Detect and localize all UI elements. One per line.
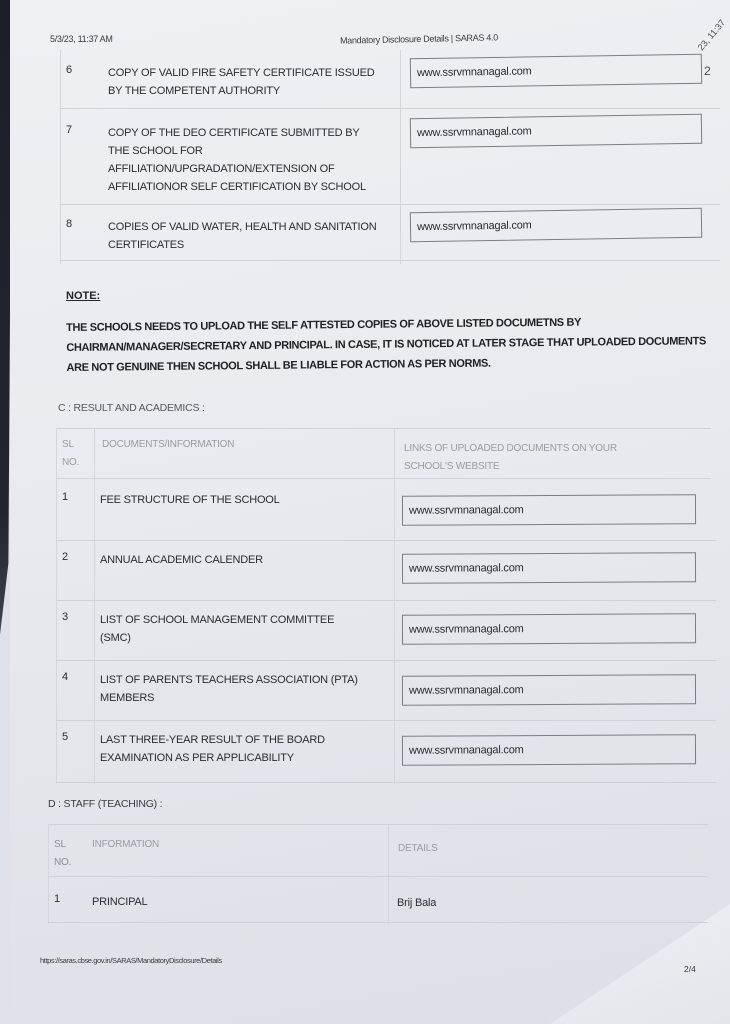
- row-description: COPY OF VALID FIRE SAFETY CERTIFICATE IS…: [108, 64, 374, 100]
- table-c-header-link: LINKS OF UPLOADED DOCUMENTS ON YOURSCHOO…: [404, 440, 617, 476]
- note-title: NOTE:: [66, 290, 100, 302]
- document-link-field[interactable]: www.ssrvmnanagal.com: [402, 494, 696, 526]
- row-sl: 7: [66, 124, 72, 136]
- table-d-header-info: INFORMATION: [92, 836, 159, 854]
- table-d-header-border: [48, 876, 708, 877]
- row-divider: [56, 540, 716, 541]
- row-description: LIST OF PARENTS TEACHERS ASSOCIATION (PT…: [100, 671, 358, 707]
- handwritten-mark: 2: [704, 64, 711, 78]
- row-sl: 3: [62, 611, 68, 623]
- table-c-header-doc: DOCUMENTS/INFORMATION: [102, 436, 234, 454]
- document-link-field[interactable]: www.ssrvmnanagal.com: [410, 114, 702, 149]
- document-link-field[interactable]: www.ssrvmnanagal.com: [410, 54, 702, 89]
- row-sl: 5: [62, 731, 68, 743]
- row-sl: 1: [54, 893, 60, 905]
- table-d-left-border: [48, 824, 49, 924]
- column-divider: [94, 428, 95, 784]
- column-divider: [394, 428, 395, 784]
- row-divider: [56, 720, 716, 721]
- note-body: THE SCHOOLS NEEDS TO UPLOAD THE SELF ATT…: [66, 311, 707, 378]
- table-d-top-border: [48, 824, 708, 825]
- row-divider: [60, 108, 720, 109]
- row-description: LIST OF SCHOOL MANAGEMENT COMMITTEE(SMC): [100, 611, 334, 647]
- row-sl: 6: [66, 64, 72, 76]
- document-link-field[interactable]: www.ssrvmnanagal.com: [402, 734, 696, 766]
- page-number: 2/4: [684, 964, 696, 974]
- row-sl: 8: [66, 218, 72, 230]
- row-divider: [56, 782, 716, 783]
- row-info: PRINCIPAL: [92, 893, 147, 911]
- row-description: COPIES OF VALID WATER, HEALTH AND SANITA…: [108, 218, 376, 254]
- section-c-title: C : RESULT AND ACADEMICS :: [58, 402, 205, 414]
- row-description: LAST THREE-YEAR RESULT OF THE BOARDEXAMI…: [100, 731, 325, 767]
- print-datetime: 5/3/23, 11:37 AM: [50, 34, 113, 44]
- row-sl: 4: [62, 671, 68, 683]
- column-divider: [56, 428, 57, 784]
- row-divider: [60, 260, 720, 261]
- row-sl: 2: [62, 551, 68, 563]
- row-divider: [60, 204, 720, 205]
- footer-url: https://saras.cbse.gov.in/SARAS/Mandator…: [40, 956, 222, 965]
- table-c-header-border: [56, 478, 711, 479]
- column-divider: [60, 50, 61, 264]
- table-d-bottom-border: [48, 922, 708, 923]
- row-description: COPY OF THE DEO CERTIFICATE SUBMITTED BY…: [108, 124, 366, 196]
- document-link-field[interactable]: www.ssrvmnanagal.com: [402, 674, 696, 706]
- table-c-header-sl: SLNO.: [62, 436, 79, 472]
- document-link-field[interactable]: www.ssrvmnanagal.com: [410, 208, 702, 243]
- row-divider: [56, 660, 716, 661]
- row-description: FEE STRUCTURE OF THE SCHOOL: [100, 491, 280, 509]
- document-link-field[interactable]: www.ssrvmnanagal.com: [402, 613, 696, 645]
- table-c-top-border: [56, 428, 711, 429]
- row-details: Brij Bala: [397, 897, 436, 909]
- column-divider: [400, 50, 401, 264]
- row-divider: [56, 600, 716, 601]
- row-sl: 1: [62, 491, 68, 503]
- row-description: ANNUAL ACADEMIC CALENDER: [100, 551, 263, 569]
- table-d-col-divider: [388, 824, 389, 924]
- table-d-header-sl: SLNO.: [54, 836, 71, 872]
- document-link-field[interactable]: www.ssrvmnanagal.com: [402, 552, 696, 584]
- section-d-title: D : STAFF (TEACHING) :: [48, 798, 162, 810]
- table-d-header-details: DETAILS: [398, 840, 438, 858]
